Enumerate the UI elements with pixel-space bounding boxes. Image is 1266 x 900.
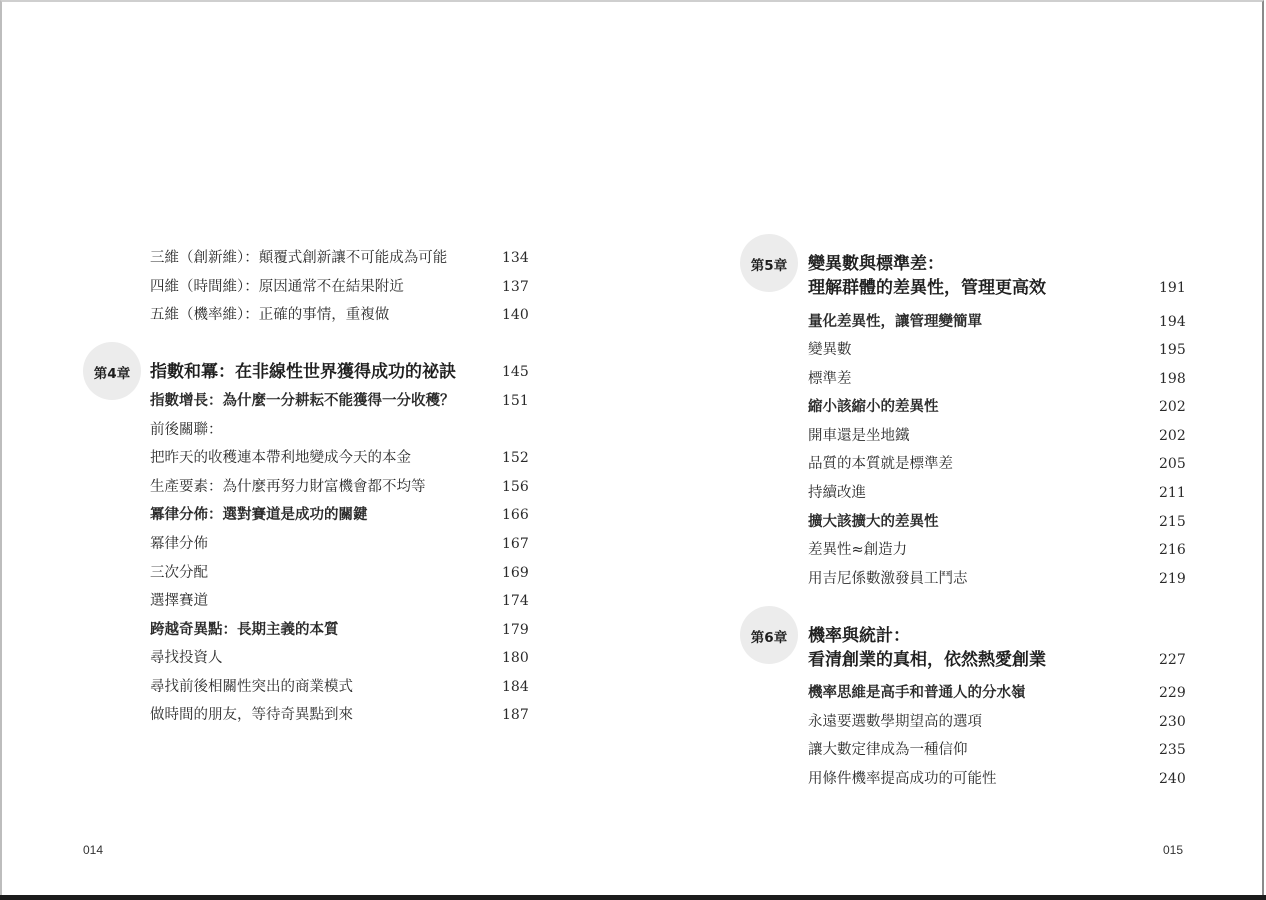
chapter-badge: 第4章 [83, 342, 141, 400]
chapter-page: 145 [502, 360, 529, 384]
toc-entry[interactable]: 三次分配 169 [150, 561, 530, 585]
toc-entry-page: 202 [1159, 395, 1186, 419]
toc-entry[interactable]: 縮小該縮小的差異性 202 [808, 395, 1188, 419]
toc-entry[interactable]: 量化差異性，讓管理變簡單 194 [808, 310, 1188, 334]
toc-entry[interactable]: 用條件機率提高成功的可能性 240 [808, 767, 1188, 791]
toc-entry-page: 134 [502, 246, 529, 270]
toc-entry[interactable]: 永遠要選數學期望高的選項 230 [808, 710, 1188, 734]
toc-entry-title: 標準差 [808, 367, 852, 391]
toc-entry[interactable]: 三維（創新維）：顛覆式創新讓不可能成為可能 134 [150, 246, 530, 270]
toc-entry[interactable]: 做時間的朋友，等待奇異點到來 187 [150, 703, 530, 727]
chapter-page: 227 [1159, 648, 1186, 672]
toc-entry[interactable]: 尋找前後相關性突出的商業模式 184 [150, 675, 530, 699]
toc-entry-title: 品質的本質就是標準差 [808, 452, 953, 476]
toc-entry-title: 把昨天的收穫連本帶利地變成今天的本金 [150, 446, 411, 470]
toc-entry-title: 前後關聯： [150, 418, 223, 442]
toc-entry-title: 四維（時間維）：原因通常不在結果附近 [150, 275, 404, 299]
toc-entry-page: 169 [502, 561, 529, 585]
toc-entry-page: 194 [1159, 310, 1186, 334]
toc-entry[interactable]: 讓大數定律成為一種信仰 235 [808, 738, 1188, 762]
toc-entry-page: 211 [1159, 481, 1186, 505]
toc-entry-title: 開車還是坐地鐵 [808, 424, 910, 448]
toc-entry-title: 尋找前後相關性突出的商業模式 [150, 675, 353, 699]
toc-entry[interactable]: 機率思維是高手和普通人的分水嶺 229 [808, 681, 1188, 705]
toc-entry[interactable]: 擴大該擴大的差異性 215 [808, 510, 1188, 534]
chapter-title-line2[interactable]: 看清創業的真相，依然熱愛創業 [808, 648, 1046, 672]
toc-entry-title: 縮小該縮小的差異性 [808, 395, 939, 419]
toc-entry[interactable]: 品質的本質就是標準差 205 [808, 452, 1188, 476]
toc-entry-page: 240 [1159, 767, 1186, 791]
toc-entry-page: 180 [502, 646, 529, 670]
toc-entry[interactable]: 選擇賽道 174 [150, 589, 530, 613]
chapter-title-line2[interactable]: 理解群體的差異性，管理更高效 [808, 276, 1046, 300]
toc-entry-title: 冪律分佈：選對賽道是成功的關鍵 [150, 503, 368, 527]
toc-entry[interactable]: 前後關聯： [150, 418, 530, 442]
toc-entry-title: 三次分配 [150, 561, 208, 585]
toc-entry-page: 151 [502, 389, 529, 413]
toc-entry-page: 205 [1159, 452, 1186, 476]
toc-entry-page: 215 [1159, 510, 1186, 534]
toc-entry-title: 用吉尼係數激發員工鬥志 [808, 567, 968, 591]
toc-entry-title: 冪律分佈 [150, 532, 208, 556]
chapter-title-line1[interactable]: 機率與統計： [808, 624, 910, 648]
toc-entry[interactable]: 跨越奇異點：長期主義的本質 179 [150, 618, 530, 642]
chapter-title-line1[interactable]: 變異數與標準差： [808, 252, 944, 276]
toc-entry[interactable]: 五維（機率維）：正確的事情，重複做 140 [150, 303, 530, 327]
toc-entry[interactable]: 指數增長：為什麼一分耕耘不能獲得一分收穫？ 151 [150, 389, 530, 413]
toc-page-left: 三維（創新維）：顛覆式創新讓不可能成為可能 134 四維（時間維）：原因通常不在… [0, 0, 633, 895]
toc-entry-title: 生產要素：為什麼再努力財富機會都不均等 [150, 475, 426, 499]
toc-entry-title: 變異數 [808, 338, 852, 362]
toc-entry-page: 179 [502, 618, 529, 642]
toc-entry-page: 152 [502, 446, 529, 470]
toc-entry-page: 219 [1159, 567, 1186, 591]
toc-entry-title: 機率思維是高手和普通人的分水嶺 [808, 681, 1026, 705]
chapter-badge: 第5章 [740, 234, 798, 292]
toc-entry-title: 指數增長：為什麼一分耕耘不能獲得一分收穫？ [150, 389, 455, 413]
page-number-right: 015 [1163, 843, 1183, 857]
toc-entry-page: 198 [1159, 367, 1186, 391]
toc-entry-title: 擴大該擴大的差異性 [808, 510, 939, 534]
toc-entry-title: 差異性≈創造力 [808, 538, 907, 562]
toc-entry[interactable]: 持續改進 211 [808, 481, 1188, 505]
toc-entry[interactable]: 把昨天的收穫連本帶利地變成今天的本金 152 [150, 446, 530, 470]
toc-entry-title: 持續改進 [808, 481, 866, 505]
toc-entry-page: 216 [1159, 538, 1186, 562]
chapter-number: 第5章 [740, 254, 798, 274]
toc-entry-title: 永遠要選數學期望高的選項 [808, 710, 982, 734]
toc-entry[interactable]: 尋找投資人 180 [150, 646, 530, 670]
toc-entry[interactable]: 生產要素：為什麼再努力財富機會都不均等 156 [150, 475, 530, 499]
toc-entry-page: 156 [502, 475, 529, 499]
toc-entry[interactable]: 標準差 198 [808, 367, 1188, 391]
toc-entry-title: 選擇賽道 [150, 589, 208, 613]
chapter-number: 第4章 [83, 362, 141, 382]
toc-entry-page: 140 [502, 303, 529, 327]
toc-entry-title: 做時間的朋友，等待奇異點到來 [150, 703, 353, 727]
toc-entry[interactable]: 四維（時間維）：原因通常不在結果附近 137 [150, 275, 530, 299]
toc-entry-page: 235 [1159, 738, 1186, 762]
toc-entry-page: 187 [502, 703, 529, 727]
toc-page-right: 第5章 變異數與標準差： 理解群體的差異性，管理更高效 191 量化差異性，讓管… [633, 0, 1266, 895]
toc-entry-title: 用條件機率提高成功的可能性 [808, 767, 997, 791]
toc-entry-page: 202 [1159, 424, 1186, 448]
toc-entry-title: 讓大數定律成為一種信仰 [808, 738, 968, 762]
toc-entry[interactable]: 冪律分佈：選對賽道是成功的關鍵 166 [150, 503, 530, 527]
toc-entry-page: 167 [502, 532, 529, 556]
chapter-page: 191 [1159, 276, 1186, 300]
page-number-left: 014 [83, 843, 103, 857]
toc-entry[interactable]: 差異性≈創造力 216 [808, 538, 1188, 562]
toc-entry-title: 五維（機率維）：正確的事情，重複做 [150, 303, 389, 327]
toc-entry-page: 230 [1159, 710, 1186, 734]
toc-entry-title: 量化差異性，讓管理變簡單 [808, 310, 982, 334]
toc-entry-title: 尋找投資人 [150, 646, 223, 670]
toc-entry[interactable]: 用吉尼係數激發員工鬥志 219 [808, 567, 1188, 591]
toc-entry-page: 174 [502, 589, 529, 613]
toc-entry[interactable]: 冪律分佈 167 [150, 532, 530, 556]
chapter-number: 第6章 [740, 626, 798, 646]
toc-entry-title: 跨越奇異點：長期主義的本質 [150, 618, 339, 642]
toc-entry-page: 229 [1159, 681, 1186, 705]
toc-entry-title: 三維（創新維）：顛覆式創新讓不可能成為可能 [150, 246, 447, 270]
toc-entry-page: 184 [502, 675, 529, 699]
chapter-badge: 第6章 [740, 606, 798, 664]
bottom-edge [0, 895, 1266, 900]
toc-entry-page: 195 [1159, 338, 1186, 362]
toc-entry[interactable]: 開車還是坐地鐵 202 [808, 424, 1188, 448]
toc-entry-page: 137 [502, 275, 529, 299]
chapter-title[interactable]: 指數和冪：在非線性世界獲得成功的祕訣 [150, 360, 456, 384]
toc-entry-page: 166 [502, 503, 529, 527]
toc-entry[interactable]: 變異數 195 [808, 338, 1188, 362]
